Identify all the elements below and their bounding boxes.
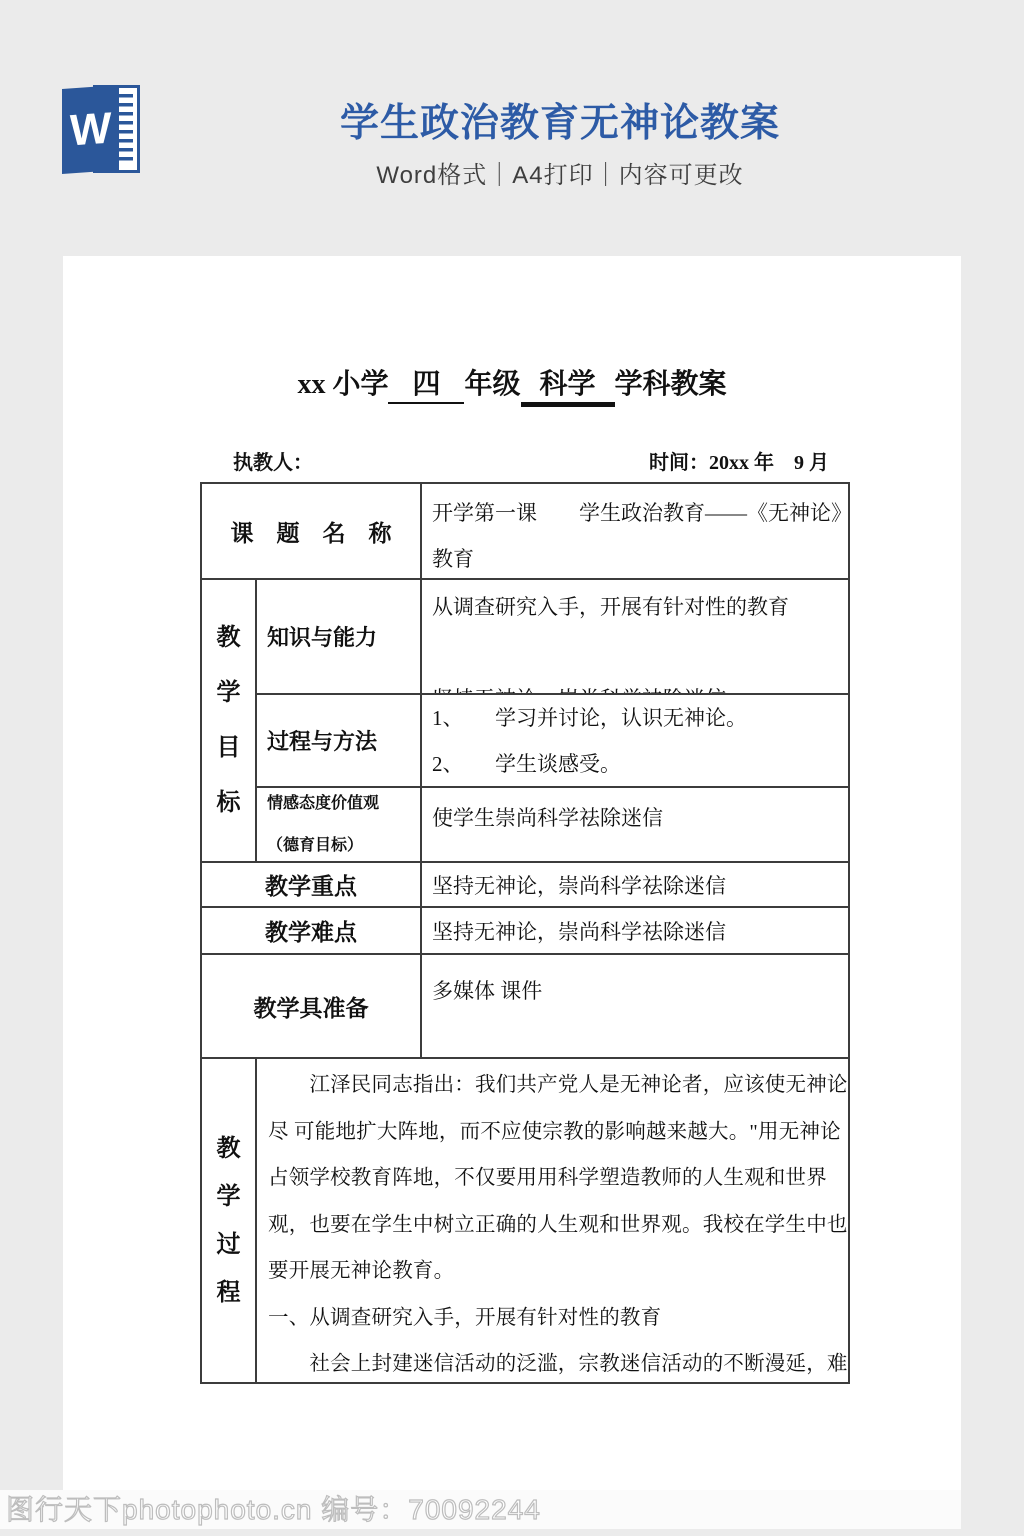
page-subtitle: Word格式｜A4打印｜内容可更改	[376, 155, 743, 190]
word-icon-flap: W	[62, 85, 119, 174]
doc-title: xx 小学四年级科学学科教案	[63, 362, 961, 407]
watermark-band: 图行天下photophoto.cn 编号：70092244	[0, 1490, 961, 1529]
teacher-label: 执教人：	[233, 446, 313, 475]
difficult-point-label-cell: 教学难点	[202, 906, 420, 953]
doc-title-grade-label: 年级	[464, 369, 520, 400]
emotion-label-cell: 情感态度价值观（德育目标）	[255, 786, 420, 861]
emotion-content-cell: 使学生崇尚科学祛除迷信	[420, 786, 848, 861]
preparation-content-cell: 多媒体 课件	[420, 953, 848, 1057]
goals-side-label: 教学目标	[202, 578, 255, 861]
knowledge-content-cell: 从调查研究入手，开展有针对性的教育 坚持无神论，崇尚科学祛除迷信	[420, 578, 848, 693]
method-label-cell: 过程与方法	[255, 693, 420, 786]
doc-title-school: xx 小学	[297, 369, 388, 400]
watermark-text: 图行天下photophoto.cn 编号：70092244	[6, 1488, 541, 1528]
knowledge-label-cell: 知识与能力	[255, 578, 420, 693]
page-title: 学生政治教育无神论教案	[340, 92, 780, 148]
difficult-point-content-cell: 坚持无神论，崇尚科学祛除迷信	[420, 906, 848, 953]
word-file-icon: W	[62, 83, 162, 177]
topic-label-cell: 课 题 名 称	[202, 484, 420, 578]
process-content-cell: 江泽民同志指出：我们共产党人是无神论者，应该使无神论尽 可能地扩大阵地，而不应使…	[255, 1057, 848, 1382]
topic-content-cell: 开学第一课 学生政治教育——《无神论》教育	[420, 484, 848, 578]
word-icon-letter: W	[70, 103, 112, 156]
page-canvas: W 学生政治教育无神论教案 Word格式｜A4打印｜内容可更改 xx 小学四年级…	[0, 0, 1024, 1536]
preparation-label-cell: 教学具准备	[202, 953, 420, 1057]
process-side-label: 教学过程	[202, 1057, 255, 1382]
key-point-content-cell: 坚持无神论，崇尚科学祛除迷信	[420, 861, 848, 906]
document-page: xx 小学四年级科学学科教案 执教人： 时间：20xx 年 9 月 课 题 名 …	[63, 256, 961, 1519]
word-icon-text-lines	[117, 94, 133, 164]
method-content-cell: 1、 学习并讨论，认识无神论。2、 学生谈感受。	[420, 693, 848, 786]
doc-title-grade-blank: 四	[388, 362, 464, 404]
lesson-plan-table: 课 题 名 称 开学第一课 学生政治教育——《无神论》教育 教学目标 知识与能力…	[200, 482, 850, 1384]
doc-title-subject-blank: 科学	[521, 362, 615, 407]
time-label: 时间：20xx 年 9 月	[649, 446, 829, 475]
key-point-label-cell: 教学重点	[202, 861, 420, 906]
doc-title-suffix: 学科教案	[615, 369, 727, 400]
